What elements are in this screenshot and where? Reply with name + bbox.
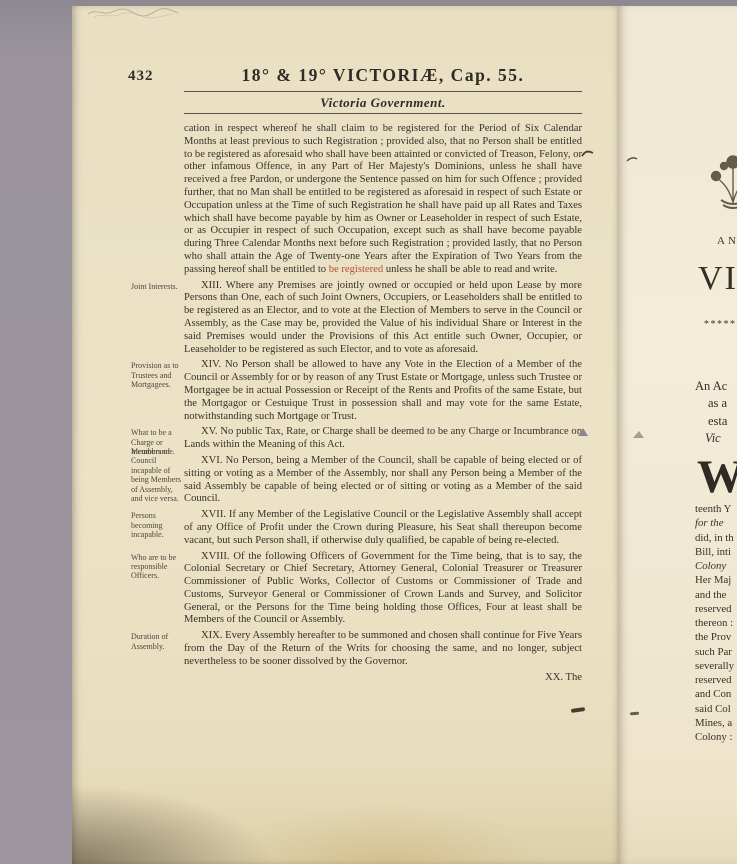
page-stain [222, 804, 552, 864]
facing-body-fragment: Bill, inti [695, 545, 734, 559]
section-text: XIV. No Person shall be allowed to have … [184, 359, 582, 421]
section-text: XVI. No Person, being a Member of the Co… [184, 455, 582, 504]
header-rule-bottom [184, 113, 582, 114]
section-text: XV. No public Tax, Rate, or Charge shall… [184, 426, 582, 450]
page-number: 432 [128, 68, 154, 85]
facing-body-fragment: such Par [695, 645, 734, 659]
facing-body-fragment: Colony [695, 559, 734, 573]
royal-crest-ornament [703, 150, 737, 212]
facing-body-fragment: did, in th [695, 531, 734, 545]
facing-body-column: teenth Y for the did, in th Bill, inti C… [695, 502, 734, 744]
facing-body-fragment: said Col [695, 702, 734, 716]
margin-note: Persons becoming incapable. [131, 511, 181, 539]
act-title-fragment: Vic [695, 430, 727, 447]
facing-body-fragment: reserved [695, 673, 734, 687]
asterisk-row: ********** [704, 319, 737, 330]
facing-page-scan: AN VI ********** An Ac as a esta Vic W t… [618, 6, 737, 864]
pencil-inscription [84, 3, 184, 23]
facing-body-fragment: severally [695, 659, 734, 673]
catchword: XX. The [184, 672, 582, 685]
section-xviii: Who are to be responsible Officers. XVII… [184, 551, 582, 628]
section-xvi: Members of Council incapable of being Me… [184, 455, 582, 506]
header-title: 18° & 19° VICTORIÆ, Cap. 55. [184, 64, 582, 86]
body-text-column: cation in respect whereof he shall claim… [184, 123, 582, 687]
facing-body-fragment: Mines, a [695, 716, 734, 730]
act-title-fragment: An Ac [695, 378, 727, 395]
intro-paragraph: cation in respect whereof he shall claim… [184, 123, 582, 277]
section-xvii: Persons becoming incapable. XVII. If any… [184, 509, 582, 547]
margin-note: Provision as to Trustees and Mortgagees. [131, 361, 181, 389]
page-header: 18° & 19° VICTORIÆ, Cap. 55. Victoria Go… [184, 64, 582, 114]
act-title-fragment: esta [695, 413, 727, 430]
section-text: XVII. If any Member of the Legislative C… [184, 509, 582, 546]
margin-note: Who are to be responsible Officers. [131, 553, 181, 581]
drop-cap-w: W [697, 452, 737, 502]
header-rule-top [184, 91, 582, 92]
act-title-fragment: as a [695, 395, 727, 412]
margin-note: Duration of Assembly. [131, 632, 181, 651]
facing-heading-victoriae: VI [698, 260, 737, 298]
facing-body-fragment: and the [695, 588, 734, 602]
section-xix: Duration of Assembly. XIX. Every Assembl… [184, 630, 582, 668]
section-xv: What to be a Charge or Incumbrance. XV. … [184, 426, 582, 452]
facing-body-fragment: for the [695, 516, 734, 530]
section-text: XVIII. Of the following Officers of Gove… [184, 551, 582, 626]
facing-heading-an: AN [717, 235, 737, 247]
facing-body-fragment: Her Maj [695, 573, 734, 587]
intro-text-after: unless he shall be able to read and writ… [383, 264, 557, 275]
intro-text-before: cation in respect whereof he shall claim… [184, 123, 582, 275]
facing-body-fragment: Colony : [695, 730, 734, 744]
margin-note: Members of Council incapable of being Me… [131, 447, 181, 503]
scanned-book-photo: { "page": { "number": "432", "header_tit… [0, 0, 737, 864]
red-ink-correction: be registered [329, 264, 383, 275]
facing-body-fragment: thereon : [695, 616, 734, 630]
running-title: Victoria Government. [184, 95, 582, 111]
facing-act-title: An Ac as a esta Vic [695, 378, 727, 447]
section-text: XIX. Every Assembly hereafter to be summ… [184, 630, 582, 667]
section-xiv: Provision as to Trustees and Mortgagees.… [184, 359, 582, 423]
margin-note: Joint Interests. [131, 282, 181, 291]
section-xiii: Joint Interests. XIII. Where any Premise… [184, 280, 582, 357]
page-corner-shadow [72, 774, 302, 864]
facing-body-fragment: reserved [695, 602, 734, 616]
facing-body-fragment: and Con [695, 687, 734, 701]
left-page-scan: 432 18° & 19° VICTORIÆ, Cap. 55. Victori… [72, 6, 618, 864]
section-text: XIII. Where any Premises are jointly own… [184, 280, 582, 355]
facing-body-fragment: teenth Y [695, 502, 734, 516]
facing-body-fragment: the Prov [695, 630, 734, 644]
